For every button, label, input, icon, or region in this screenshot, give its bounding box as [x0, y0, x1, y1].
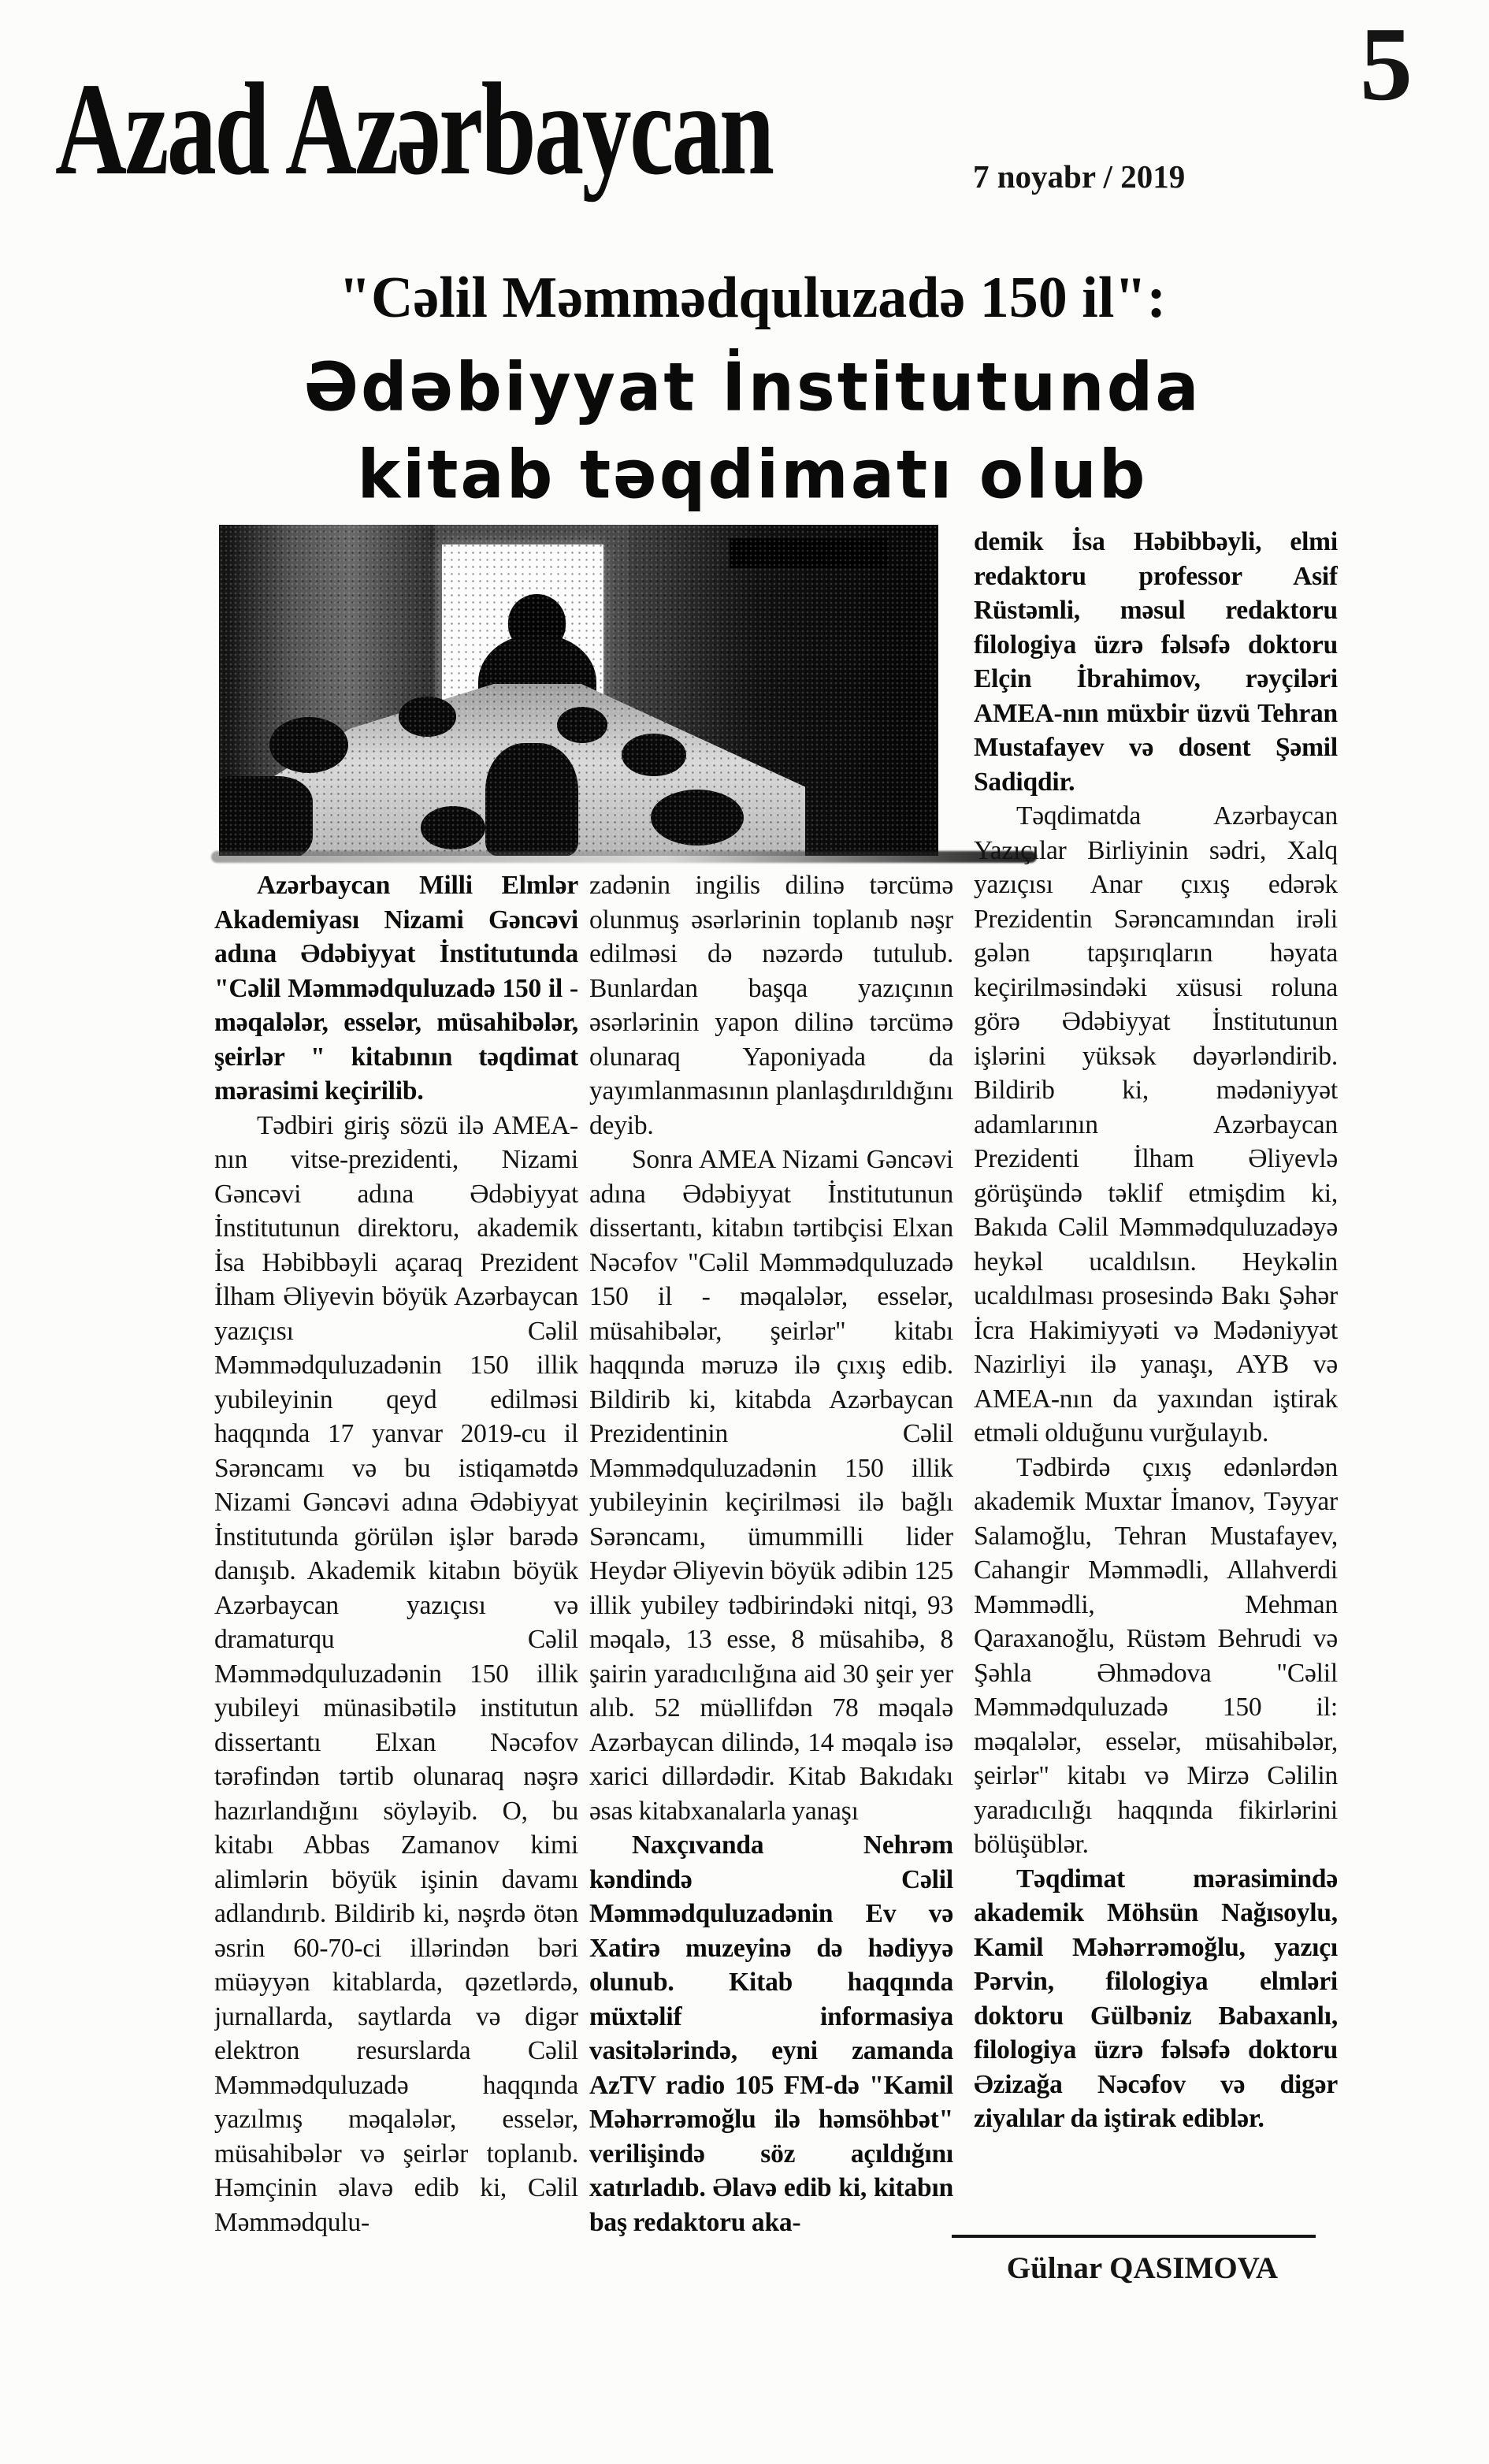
photo-halftone-grain	[219, 525, 938, 856]
event-photo	[219, 525, 938, 856]
body-paragraph: Tədbiri giriş sözü ilə AMEA-nın vitse-pr…	[214, 1109, 578, 2240]
lead-paragraph: Azərbaycan Milli Elmlər Akademiyası Niza…	[214, 868, 578, 1109]
headline-line-1: Ədəbiyyat İnstitutunda	[197, 344, 1308, 432]
headline-kicker: "Cəlil Məmmədquluzadə 150 il":	[197, 265, 1308, 332]
scan-smudge-artifact	[211, 851, 1037, 863]
article-column-3: demik İsa Həbibbəyli, elmi redaktoru pro…	[974, 525, 1338, 2219]
body-paragraph-bold: demik İsa Həbibbəyli, elmi redaktoru pro…	[974, 525, 1338, 799]
author-byline: Gülnar QASIMOVA	[1007, 2251, 1316, 2285]
headline-line-2: kitab təqdimatı olub	[197, 432, 1308, 519]
body-paragraph: Sonra AMEA Nizami Gəncəvi adına Ədəbiyya…	[589, 1143, 953, 1828]
body-paragraph: zadənin ingilis dilinə tərcümə olunmuş ə…	[589, 868, 953, 1143]
article-column-2: zadənin ingilis dilinə tərcümə olunmuş ə…	[589, 868, 953, 2350]
body-paragraph-bold: Naxçıvanda Nehrəm kəndində Cəlil Məmmədq…	[589, 1828, 953, 2239]
article-column-1: Azərbaycan Milli Elmlər Akademiyası Niza…	[214, 868, 578, 2350]
byline-block: Gülnar QASIMOVA	[952, 2235, 1316, 2286]
page-number: 5	[1360, 11, 1413, 117]
newspaper-title: Azad Azərbaycan	[55, 63, 773, 195]
body-paragraph: Tədbirdə çıxış edənlərdən akademik Muxta…	[974, 1451, 1338, 1862]
body-paragraph: Təqdimatda Azərbaycan Yazıçılar Birliyin…	[974, 799, 1338, 1451]
body-paragraph-bold: Təqdimat mərasimində akademik Möhsün Nağ…	[974, 1862, 1338, 2136]
issue-date: 7 noyabr / 2019	[973, 158, 1185, 195]
article-headline: "Cəlil Məmmədquluzadə 150 il": Ədəbiyyat…	[197, 265, 1308, 515]
